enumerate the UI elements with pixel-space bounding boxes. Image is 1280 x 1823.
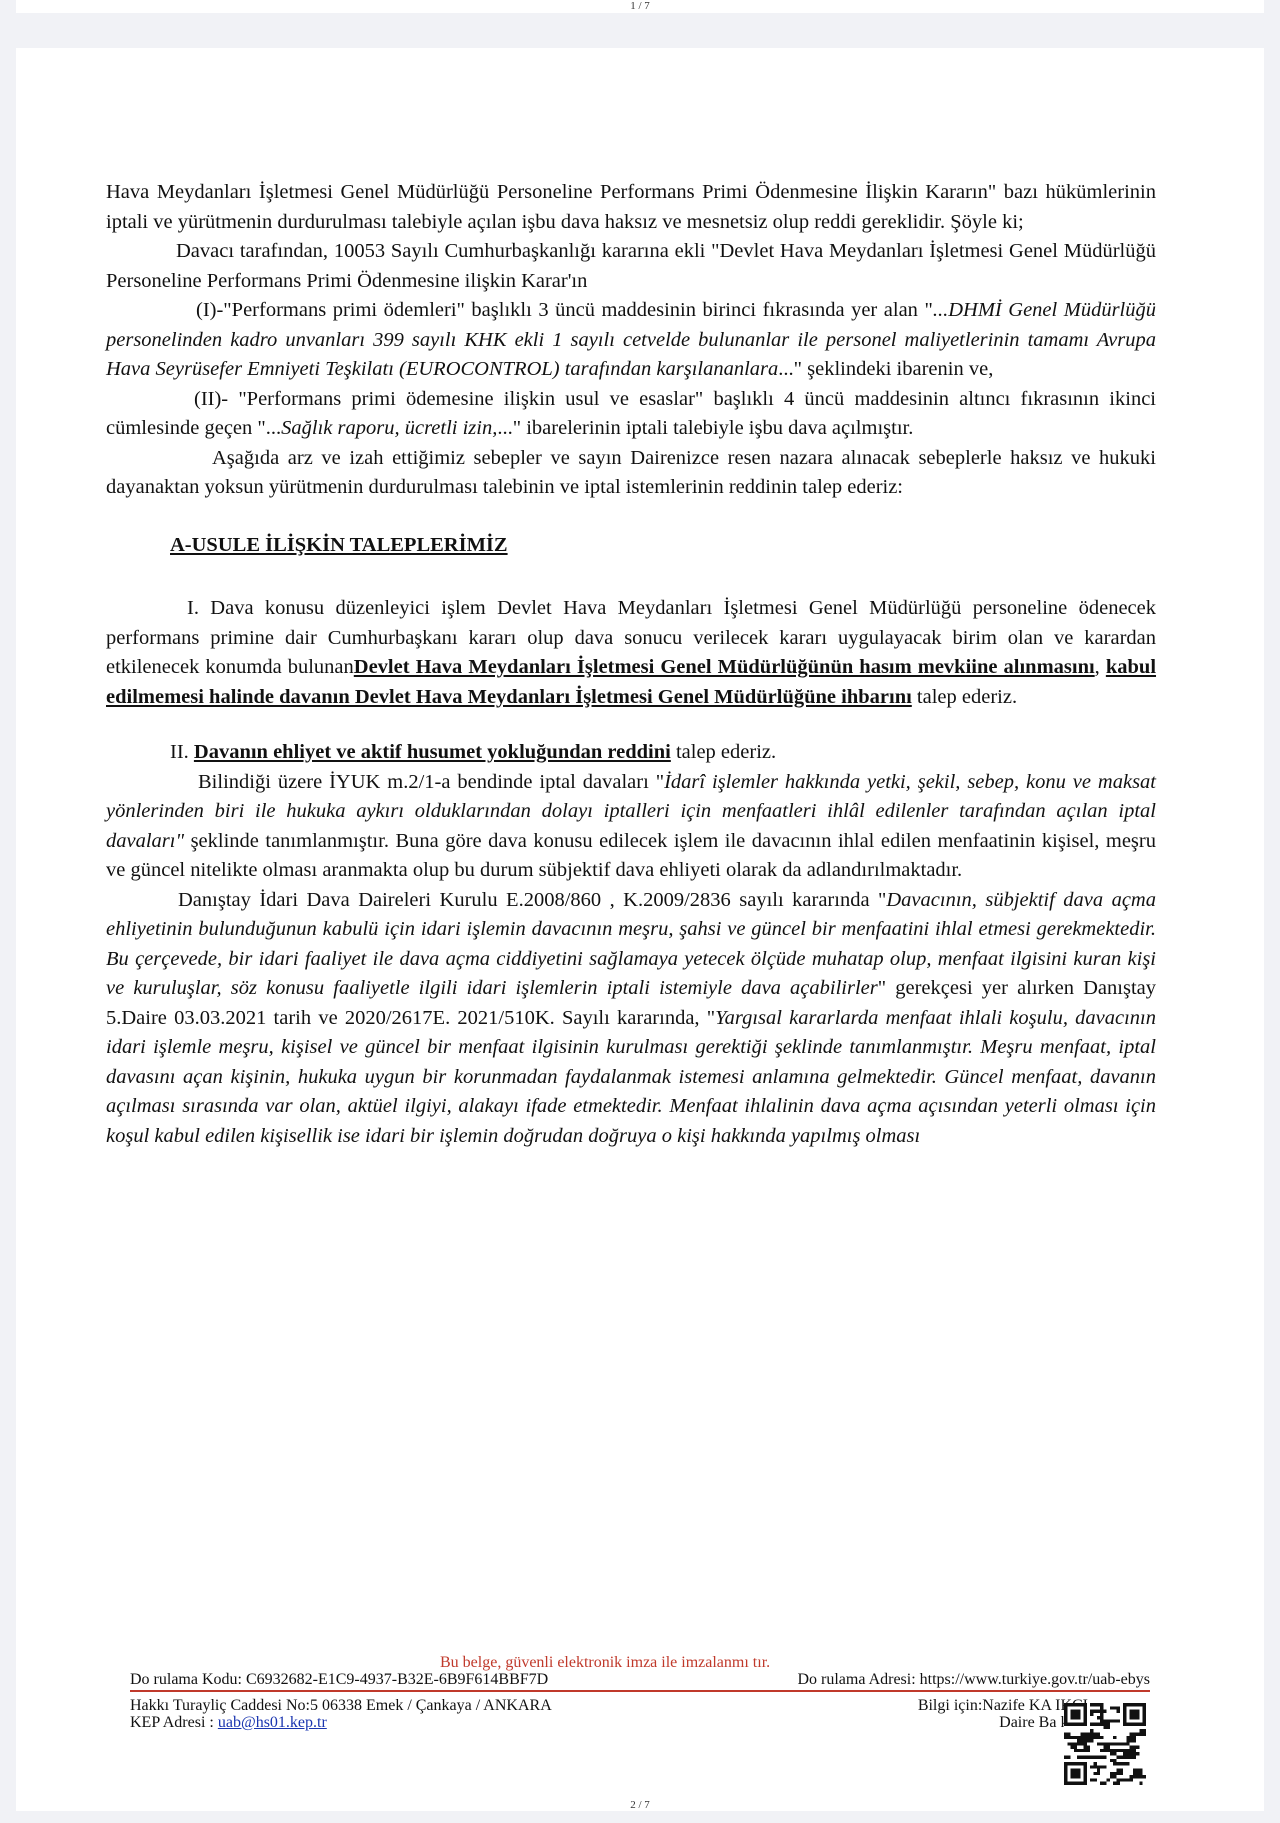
verification-code: Do rulama Kodu: C6932682-E1C9-4937-B32E-… bbox=[130, 1671, 548, 1688]
iyuk-paragraph: Bilindiği üzere İYUK m.2/1-a bendinde ip… bbox=[106, 768, 1156, 886]
kep-email-link[interactable]: uab@hs01.kep.tr bbox=[218, 1714, 327, 1731]
e-signature-note: Bu belge, güvenli elektronik imza ile im… bbox=[440, 1654, 770, 1672]
claimant-paragraph: Davacı tarafından, 10053 Sayılı Cumhurba… bbox=[106, 237, 1156, 296]
intro-paragraph: Hava Meydanları İşletmesi Genel Müdürlüğ… bbox=[106, 178, 1156, 237]
contact-person: Bilgi için:Nazife KA IKCI bbox=[918, 1697, 1088, 1714]
danistay-paragraph: Danıştay İdari Dava Daireleri Kurulu E.2… bbox=[106, 886, 1156, 1152]
point-i-paragraph: I. Dava konusu düzenleyici işlem Devlet … bbox=[106, 594, 1156, 712]
point-ii-paragraph: II. Davanın ehliyet ve aktif husumet yok… bbox=[106, 738, 1156, 768]
verification-address[interactable]: Do rulama Adresi: https://www.turkiye.go… bbox=[797, 1671, 1150, 1688]
section-heading: A-USULE İLİŞKİN TALEPLERİMİZ bbox=[106, 531, 1156, 561]
page-number-top: 1 / 7 bbox=[0, 0, 1280, 12]
item-ii-paragraph: (II)- "Performans primi ödemesine ilişki… bbox=[106, 385, 1156, 444]
verification-row: Do rulama Kodu: C6932682-E1C9-4937-B32E-… bbox=[130, 1671, 1150, 1688]
qr-code-icon bbox=[1064, 1703, 1146, 1785]
document-body: Hava Meydanları İşletmesi Genel Müdürlüğ… bbox=[106, 178, 1156, 1151]
footer-divider bbox=[130, 1690, 1150, 1692]
contact-title: Daire Ba kanı bbox=[918, 1714, 1088, 1731]
item-i-paragraph: (I)-"Performans primi ödemleri" başlıklı… bbox=[106, 296, 1156, 385]
request-paragraph: Aşağıda arz ve izah ettiğimiz sebepler v… bbox=[106, 444, 1156, 503]
page-number-bottom: 2 / 7 bbox=[0, 1799, 1280, 1811]
contact-info: Bilgi için:Nazife KA IKCI Daire Ba kanı bbox=[918, 1697, 1088, 1731]
